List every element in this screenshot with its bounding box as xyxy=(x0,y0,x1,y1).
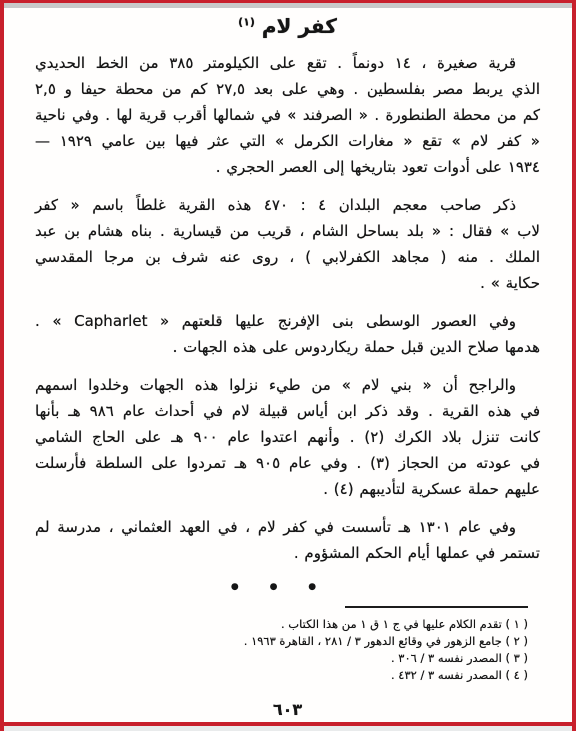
text-line: الذي يربط مصر بفلسطين . وهي على بعد ٢٧,٥… xyxy=(35,76,540,102)
text-line: تستمر في عملها أيام الحكم المشؤوم . xyxy=(35,540,540,566)
text-line: « كفر لام » تقع « مغارات الكرمل » التي ع… xyxy=(35,128,540,154)
footnote-4: ( ٤ ) المصدر نفسه ٣ / ٤٣٢ . xyxy=(35,667,528,684)
title-text: كفر لام xyxy=(262,14,337,38)
scan-artifact-bottom-strip xyxy=(0,726,576,731)
footnote-3: ( ٣ ) المصدر نفسه ٣ / ٣٠٦ . xyxy=(35,650,528,667)
text-line: في هذه القرية . وقد ذكر ابن أياس قبيلة ل… xyxy=(35,398,540,424)
text-line: هدمها صلاح الدين قبل حملة ريكاردوس على ه… xyxy=(35,334,540,360)
text-line: كم من محطة الطنطورة . « الصرفند » في شما… xyxy=(35,102,540,128)
scan-artifact-strip xyxy=(4,3,572,8)
scanned-book-page: كفر لام (١) قرية صغيرة ، ١٤ دونماً . تقع… xyxy=(0,0,576,731)
footnote-separator-rule xyxy=(345,606,528,608)
title-footnote-marker: (١) xyxy=(238,15,255,28)
page-number: ٦٠٣ xyxy=(35,700,540,719)
paragraph-mujam-albuldan: ذكر صاحب معجم البلدان ٤ : ٤٧٠ هذه القرية… xyxy=(35,192,540,296)
text-line: والراجح أن « بني لام » من طيء نزلوا هذه … xyxy=(35,372,540,398)
text-line: عليهم حملة عسكرية لتأديبهم (٤) . xyxy=(35,476,540,502)
paragraph-bani-lam-tribe: والراجح أن « بني لام » من طيء نزلوا هذه … xyxy=(35,372,540,502)
text-line: لاب » فقال : « بلد بساحل الشام ، قريب من… xyxy=(35,218,540,244)
page-border-left xyxy=(0,0,4,731)
text-line: وفي العصور الوسطى بنى الإفرنج عليها قلعت… xyxy=(35,308,540,334)
text-line: ذكر صاحب معجم البلدان ٤ : ٤٧٠ هذه القرية… xyxy=(35,192,540,218)
paragraph-ottoman-school: وفي عام ١٣٠١ هـ تأسست في كفر لام ، في ال… xyxy=(35,514,540,566)
page-border-bottom xyxy=(0,722,576,726)
paragraph-village-description: قرية صغيرة ، ١٤ دونماً . تقع على الكيلوم… xyxy=(35,50,540,180)
paragraph-crusader-castle: وفي العصور الوسطى بنى الإفرنج عليها قلعت… xyxy=(35,308,540,360)
page-border-right xyxy=(572,0,576,731)
text-line: ١٩٣٤ على أدوات تعود بتاريخها إلى العصر ا… xyxy=(35,154,540,180)
text-line: قرية صغيرة ، ١٤ دونماً . تقع على الكيلوم… xyxy=(35,50,540,76)
page-content: كفر لام (١) قرية صغيرة ، ١٤ دونماً . تقع… xyxy=(35,0,540,731)
text-line: الملك . منه ( مجاهد الكفرلابي ) ، روى عن… xyxy=(35,244,540,270)
section-end-ornament: ● ● ● xyxy=(35,578,540,596)
text-line: كانت تنزل بلاد الكرك (٢) . وأنهم اعتدوا … xyxy=(35,424,540,450)
footnote-1: ( ١ ) تقدم الكلام عليها في ج ١ ق ١ من هذ… xyxy=(35,616,528,633)
text-line: في عودته من الحجاز (٣) . وفي عام ٩٠٥ هـ … xyxy=(35,450,540,476)
text-line: حكاية » . xyxy=(35,270,540,296)
page-title: كفر لام (١) xyxy=(35,14,540,40)
page-border-top xyxy=(0,0,576,3)
footnotes-block: ( ١ ) تقدم الكلام عليها في ج ١ ق ١ من هذ… xyxy=(35,616,528,684)
footnote-2: ( ٢ ) جامع الزهور في وقائع الدهور ٣ / ٢٨… xyxy=(35,633,528,650)
text-line: وفي عام ١٣٠١ هـ تأسست في كفر لام ، في ال… xyxy=(35,514,540,540)
